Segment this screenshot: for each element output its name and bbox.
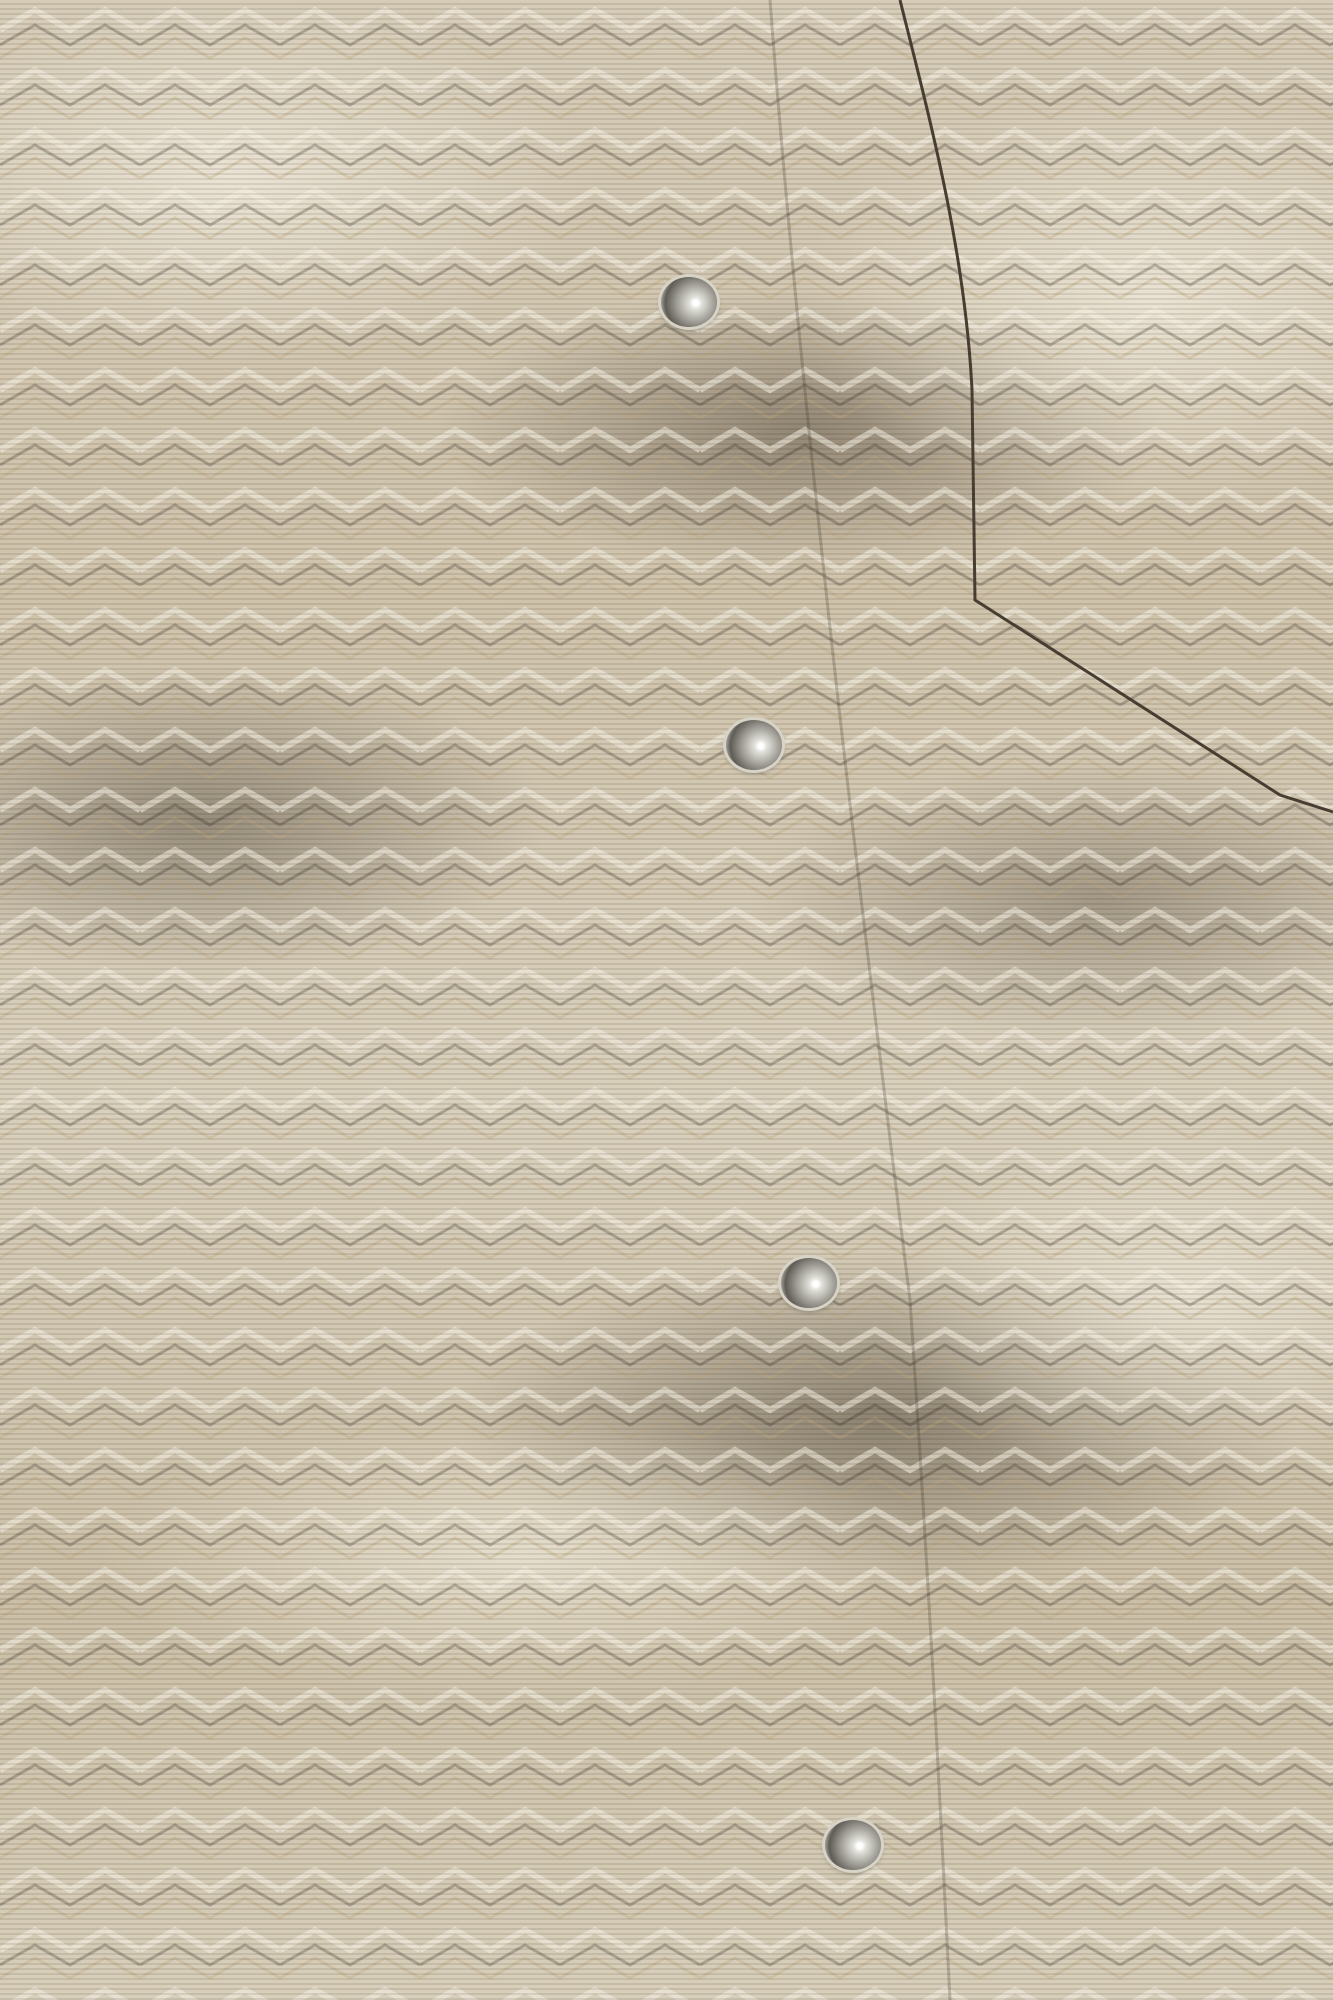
snap-button-2 <box>726 720 782 770</box>
snap-button-4 <box>825 1820 881 1870</box>
snap-button-1 <box>661 277 717 327</box>
snap-button-3 <box>781 1258 837 1308</box>
fabric-photo <box>0 0 1333 2000</box>
